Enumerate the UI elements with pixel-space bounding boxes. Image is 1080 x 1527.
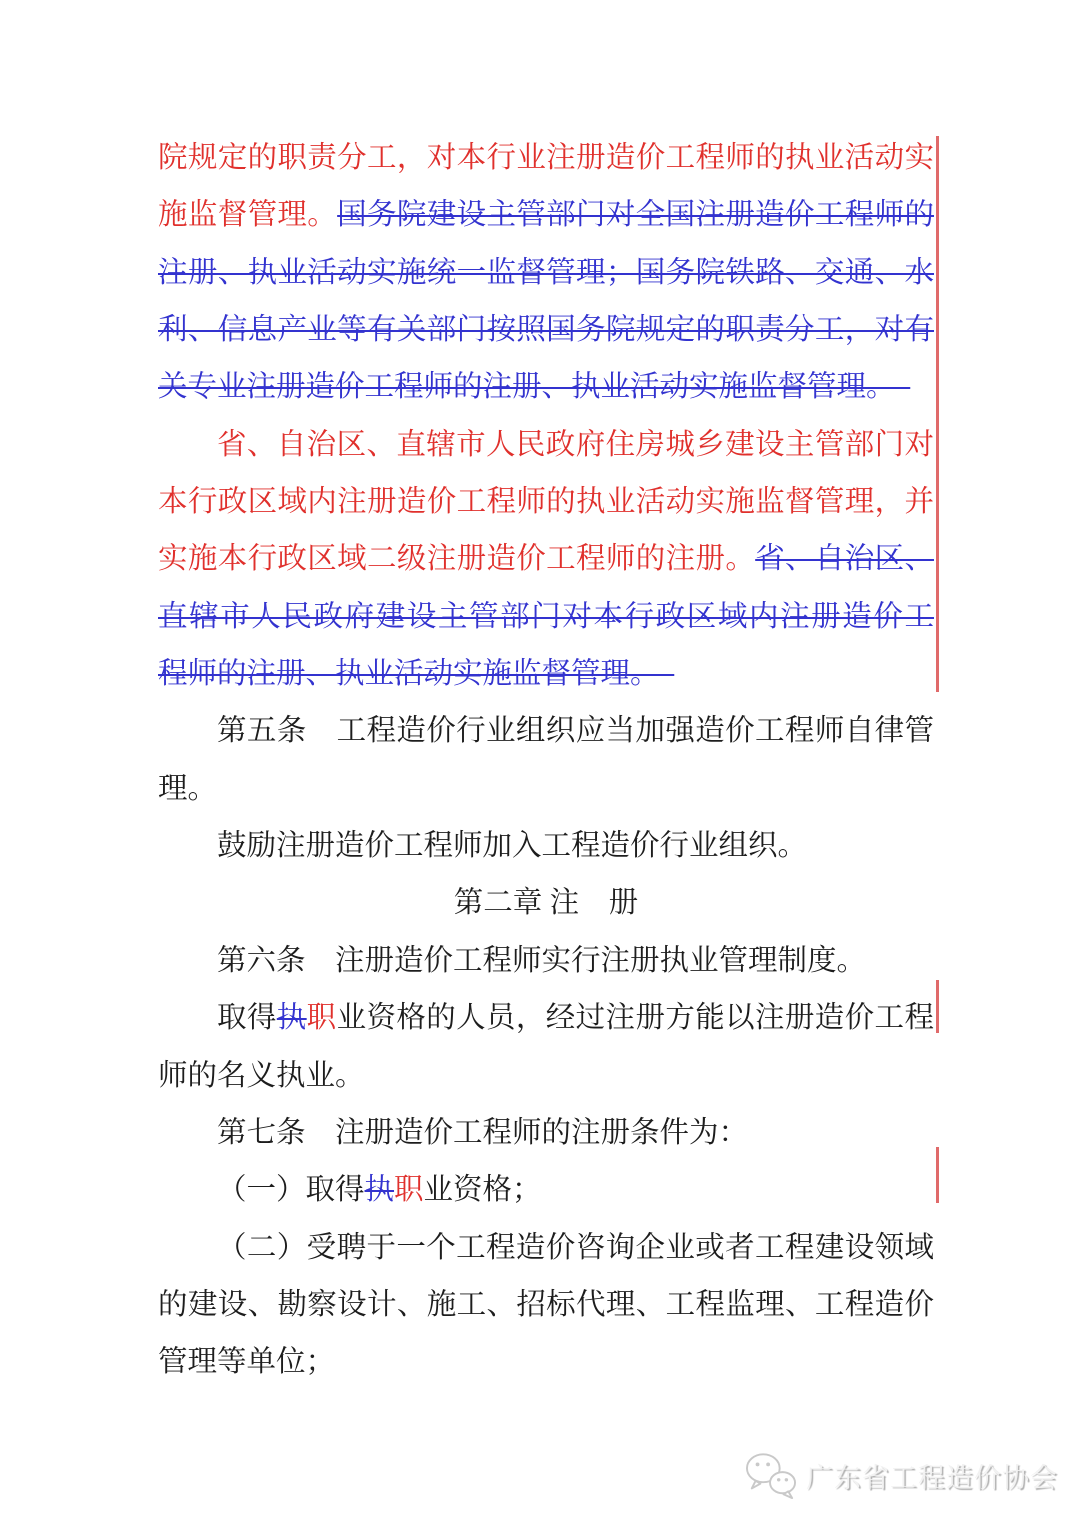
text-segment: 师的名义执业。 [158,1060,365,1092]
document-line: 第七条 注册造价工程师的注册条件为： [158,1105,934,1162]
document-line: 第五条 工程造价行业组织应当加强造价工程师自律管 [158,703,934,760]
deleted-text: 国务院建设主管部门对全国注册造价工程师的 [337,199,934,231]
footer-brand-text: 广东省工程造价协会 [806,1456,1058,1495]
inserted-text: 本行政区域内注册造价工程师的执业活动实施监督管理，并 [158,486,934,518]
document-line: 直辖市人民政府建设主管部门对本行政区域内注册造价工 [158,589,934,646]
deleted-text: 执 [277,1002,307,1034]
document-line: 程师的注册、执业活动实施监督管理。 [158,646,934,703]
deleted-text: 注册、执业活动实施统一监督管理；国务院铁路、交通、水 [158,257,934,289]
document-line: 实施本行政区域二级注册造价工程师的注册。省、自治区、 [158,531,934,588]
text-segment: 第五条 工程造价行业组织应当加强造价工程师自律管 [217,715,934,747]
deleted-text: 直辖市人民政府建设主管部门对本行政区域内注册造价工 [158,601,934,633]
document-line: 施监督管理。国务院建设主管部门对全国注册造价工程师的 [158,187,934,244]
document-line: 注册、执业活动实施统一监督管理；国务院铁路、交通、水 [158,245,934,302]
text-segment: 业资格的人员，经过注册方能以注册造价工程 [337,1002,934,1034]
inserted-text: 省、自治区、直辖市人民政府住房城乡建设主管部门对 [217,429,934,461]
document-line: 关专业注册造价工程师的注册、执业活动实施监督管理。 [158,359,934,416]
document-line: 本行政区域内注册造价工程师的执业活动实施监督管理，并 [158,474,934,531]
text-segment: 鼓励注册造价工程师加入工程造价行业组织。 [217,830,807,862]
inserted-text: 院规定的职责分工，对本行业注册造价工程师的执业活动实 [158,142,934,174]
text-segment: （二）受聘于一个工程造价咨询企业或者工程建设领域 [217,1232,934,1264]
change-bar [936,980,939,1033]
text-segment: 第二章 注 册 [454,887,638,919]
text-segment: 业资格； [424,1174,542,1206]
document-line: 管理等单位； [158,1334,934,1391]
document-line: 师的名义执业。 [158,1048,934,1105]
inserted-text: 实施本行政区域二级注册造价工程师的注册。 [158,543,755,575]
change-bar [936,1147,939,1203]
document-line: 利、信息产业等有关部门按照国务院规定的职责分工，对有 [158,302,934,359]
deleted-text: 关专业注册造价工程师的注册、执业活动实施监督管理。 [158,371,910,403]
document-line: （一）取得执职业资格； [158,1162,934,1219]
inserted-text: 施监督管理。 [158,199,337,231]
document-line: 院规定的职责分工，对本行业注册造价工程师的执业活动实 [158,130,934,187]
document-body: 院规定的职责分工，对本行业注册造价工程师的执业活动实施监督管理。国务院建设主管部… [158,130,934,1392]
document-line: 理。 [158,761,934,818]
footer-watermark: 广东省工程造价协会 [742,1450,1058,1500]
wechat-icon [742,1450,800,1500]
document-line: 鼓励注册造价工程师加入工程造价行业组织。 [158,818,934,875]
text-segment: 的建设、勘察设计、施工、招标代理、工程监理、工程造价 [158,1289,934,1321]
change-bar [936,136,939,692]
document-line: 省、自治区、直辖市人民政府住房城乡建设主管部门对 [158,417,934,474]
text-segment: 管理等单位； [158,1346,335,1378]
document-line: 取得执职业资格的人员，经过注册方能以注册造价工程 [158,990,934,1047]
text-segment: 取得 [217,1002,277,1034]
text-segment: 第六条 注册造价工程师实行注册执业管理制度。 [217,945,866,977]
deleted-text: 程师的注册、执业活动实施监督管理。 [158,658,674,690]
text-segment: 理。 [158,773,217,805]
inserted-text: 职 [394,1174,424,1206]
text-segment: （一）取得 [217,1174,365,1206]
deleted-text: 执 [365,1174,395,1206]
text-segment: 第七条 注册造价工程师的注册条件为： [217,1117,748,1149]
inserted-text: 职 [307,1002,337,1034]
document-line: 第二章 注 册 [158,875,934,932]
deleted-text: 省、自治区、 [755,543,934,575]
deleted-text: 利、信息产业等有关部门按照国务院规定的职责分工，对有 [158,314,934,346]
document-line: 的建设、勘察设计、施工、招标代理、工程监理、工程造价 [158,1277,934,1334]
document-line: 第六条 注册造价工程师实行注册执业管理制度。 [158,933,934,990]
document-line: （二）受聘于一个工程造价咨询企业或者工程建设领域 [158,1220,934,1277]
